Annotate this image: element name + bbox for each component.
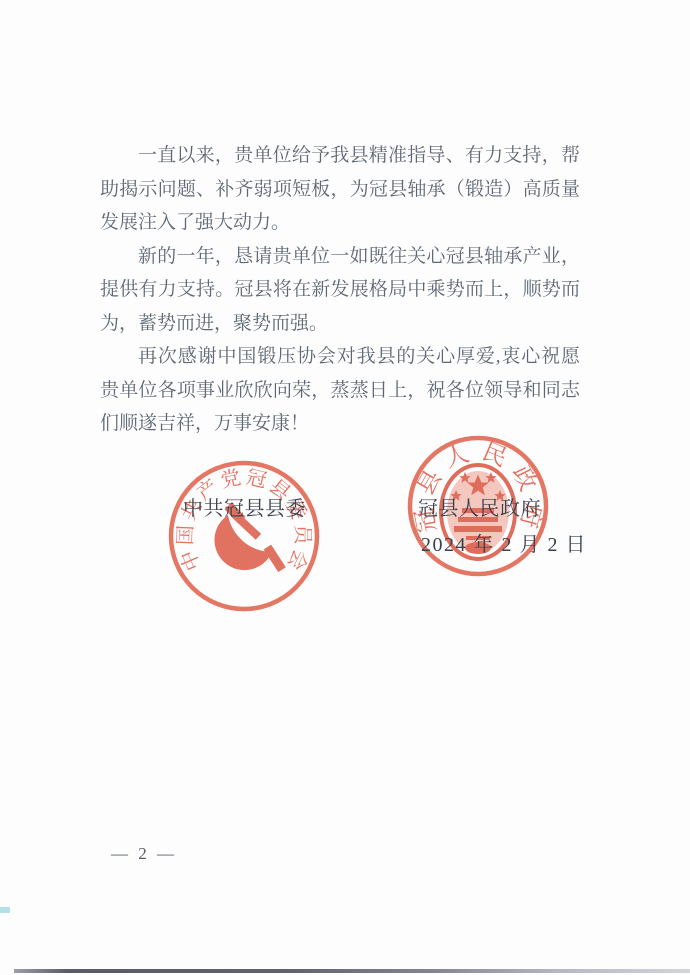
body-line: 一直以来，贵单位给予我县精准指导、有力支持，帮 [100, 139, 580, 173]
scan-artifact-cyan-mark [0, 907, 10, 913]
body-line: 为，蓄势而进，聚势而强。 [100, 307, 580, 341]
letter-body: 一直以来，贵单位给予我县精准指导、有力支持，帮 助揭示问题、补齐弱项短板，为冠县… [100, 139, 580, 441]
gov-signature: 冠县人民政府 [418, 492, 541, 521]
body-line: 发展注入了强大动力。 [100, 206, 580, 240]
body-line: 提供有力支持。冠县将在新发展格局中乘势而上，顺势而 [100, 273, 580, 307]
body-line: 贵单位各项事业欣欣向荣，蒸蒸日上，祝各位领导和同志 [100, 374, 580, 408]
party-signature: 中共冠县县委 [183, 492, 306, 521]
page-number: — 2 — [111, 844, 177, 864]
body-line: 再次感谢中国锻压协会对我县的关心厚爱,衷心祝愿 [100, 340, 580, 374]
party-seal: 中国共产党冠县委员会 [159, 451, 329, 621]
body-line: 新的一年，恳请贵单位一如既往关心冠县轴承产业， [100, 240, 580, 274]
body-line: 助揭示问题、补齐弱项短板，为冠县轴承（锻造）高质量 [100, 173, 580, 207]
letter-page: 一直以来，贵单位给予我县精准指导、有力支持，帮 助揭示问题、补齐弱项短板，为冠县… [0, 0, 690, 975]
scan-artifact-bottom-line [14, 969, 690, 973]
signature-date: 2024 年 2 月 2 日 [421, 528, 587, 557]
